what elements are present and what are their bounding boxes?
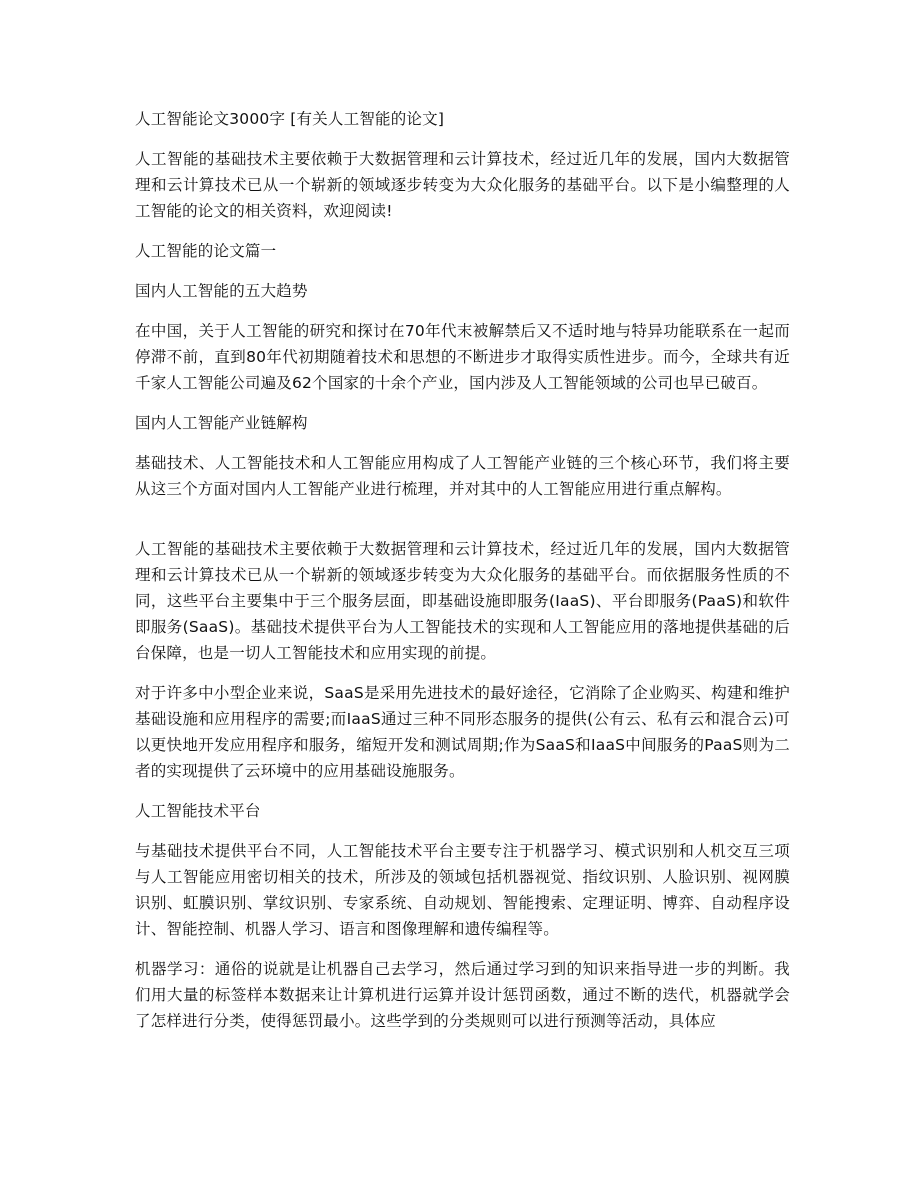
paragraph-history: 在中国，关于人工智能的研究和探讨在70年代末被解禁后又不适时地与特异功能联系在一… bbox=[135, 318, 790, 396]
document-title: 人工智能论文3000字 [有关人工智能的论文] bbox=[135, 106, 790, 132]
section-heading-paper-one: 人工智能的论文篇一 bbox=[135, 238, 790, 264]
intro-paragraph: 人工智能的基础技术主要依赖于大数据管理和云计算技术，经过近几年的发展，国内大数据… bbox=[135, 146, 790, 224]
section-heading-ai-platform: 人工智能技术平台 bbox=[135, 798, 790, 824]
paragraph-saas-iaas: 对于许多中小型企业来说，SaaS是采用先进技术的最好途径，它消除了企业购买、构建… bbox=[135, 680, 790, 784]
document-page: 人工智能论文3000字 [有关人工智能的论文] 人工智能的基础技术主要依赖于大数… bbox=[135, 106, 790, 1048]
section-heading-five-trends: 国内人工智能的五大趋势 bbox=[135, 278, 790, 304]
paragraph-industry-chain: 基础技术、人工智能技术和人工智能应用构成了人工智能产业链的三个核心环节，我们将主… bbox=[135, 450, 790, 502]
section-heading-industry-chain: 国内人工智能产业链解构 bbox=[135, 410, 790, 436]
paragraph-base-tech: 人工智能的基础技术主要依赖于大数据管理和云计算技术，经过近几年的发展，国内大数据… bbox=[135, 536, 790, 666]
paragraph-ai-platform: 与基础技术提供平台不同，人工智能技术平台主要专注于机器学习、模式识别和人机交互三… bbox=[135, 838, 790, 942]
paragraph-machine-learning: 机器学习：通俗的说就是让机器自己去学习，然后通过学习到的知识来指导进一步的判断。… bbox=[135, 956, 790, 1034]
